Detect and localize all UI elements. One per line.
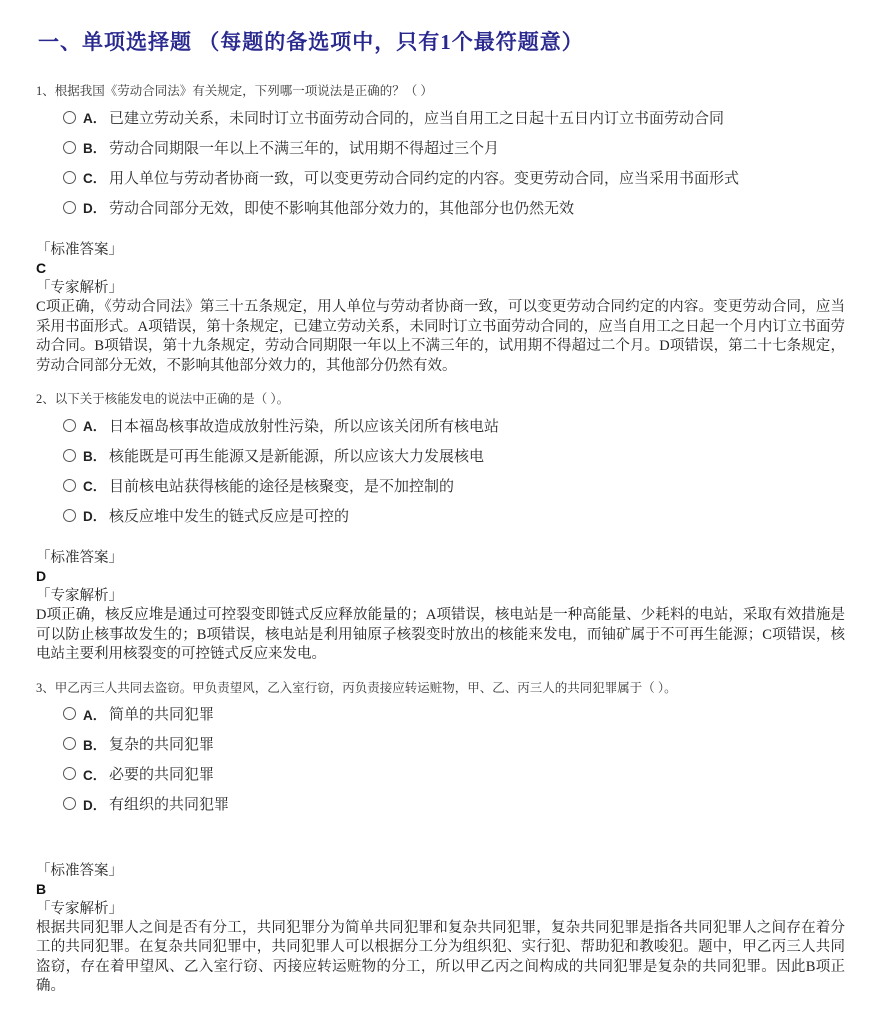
answer-block: 「标准答案」 C 「专家解析」 C项正确，《劳动合同法》第三十五条规定，用人单位… bbox=[36, 241, 845, 376]
option-row-c: C． 目前核电站获得核能的途径是核聚变，是不加控制的 bbox=[63, 477, 845, 493]
question-block-2: 2、以下关于核能发电的说法中正确的是（ ）。 A． 日本福岛核事故造成放射性污染… bbox=[36, 391, 845, 665]
option-row-d: D． 劳动合同部分无效，即使不影响其他部分效力的，其他部分也仍然无效 bbox=[63, 199, 845, 215]
option-row-b: B． 劳动合同期限一年以上不满三年的，试用期不得超过三个月 bbox=[63, 139, 845, 155]
option-letter: D． bbox=[83, 197, 109, 217]
exam-page: 一、单项选择题 （每题的备选项中，只有1个最符题意） 1、根据我国《劳动合同法》… bbox=[0, 0, 879, 1018]
option-text: 劳动合同部分无效，即使不影响其他部分效力的，其他部分也仍然无效 bbox=[109, 197, 574, 218]
option-letter: A． bbox=[83, 704, 109, 724]
question-stem: 3、甲乙丙三人共同去盗窃。甲负责望风，乙入室行窃，丙负责接应转运赃物，甲、乙、丙… bbox=[36, 680, 845, 697]
analysis-label: 「专家解析」 bbox=[36, 587, 845, 605]
analysis-label: 「专家解析」 bbox=[36, 900, 845, 918]
radio-button[interactable] bbox=[63, 797, 76, 810]
question-block-3: 3、甲乙丙三人共同去盗窃。甲负责望风，乙入室行窃，丙负责接应转运赃物，甲、乙、丙… bbox=[36, 680, 845, 997]
option-text: 目前核电站获得核能的途径是核聚变，是不加控制的 bbox=[109, 475, 454, 496]
option-row-a: A． 已建立劳动关系，未同时订立书面劳动合同的，应当自用工之日起十五日内订立书面… bbox=[63, 109, 845, 125]
option-letter: B． bbox=[83, 137, 109, 157]
option-letter: A． bbox=[83, 107, 109, 127]
radio-button[interactable] bbox=[63, 141, 76, 154]
analysis-label: 「专家解析」 bbox=[36, 279, 845, 297]
option-row-d: D． 核反应堆中发生的链式反应是可控的 bbox=[63, 507, 845, 523]
option-letter: C． bbox=[83, 475, 109, 495]
analysis-text: 根据共同犯罪人之间是否有分工，共同犯罪分为简单共同犯罪和复杂共同犯罪，复杂共同犯… bbox=[36, 919, 845, 997]
radio-button[interactable] bbox=[63, 419, 76, 432]
radio-button[interactable] bbox=[63, 707, 76, 720]
option-text: 简单的共同犯罪 bbox=[109, 703, 214, 724]
option-text: 劳动合同期限一年以上不满三年的，试用期不得超过三个月 bbox=[109, 137, 499, 158]
options-list: A． 简单的共同犯罪 B． 复杂的共同犯罪 C． 必要的共同犯罪 D． 有组织的… bbox=[63, 706, 845, 812]
answer-value: C bbox=[36, 260, 845, 277]
radio-button[interactable] bbox=[63, 767, 76, 780]
answer-label: 「标准答案」 bbox=[36, 241, 845, 259]
radio-button[interactable] bbox=[63, 201, 76, 214]
option-row-a: A． 日本福岛核事故造成放射性污染，所以应该关闭所有核电站 bbox=[63, 417, 845, 433]
option-text: 有组织的共同犯罪 bbox=[109, 793, 229, 814]
radio-button[interactable] bbox=[63, 737, 76, 750]
option-text: 必要的共同犯罪 bbox=[109, 763, 214, 784]
option-text: 用人单位与劳动者协商一致，可以变更劳动合同约定的内容。变更劳动合同，应当采用书面… bbox=[109, 167, 739, 188]
analysis-text: D项正确，核反应堆是通过可控裂变即链式反应释放能量的；A项错误，核电站是一种高能… bbox=[36, 606, 845, 665]
question-stem: 2、以下关于核能发电的说法中正确的是（ ）。 bbox=[36, 391, 845, 408]
option-letter: A． bbox=[83, 415, 109, 435]
section-title: 一、单项选择题 （每题的备选项中，只有1个最符题意） bbox=[38, 26, 845, 56]
option-letter: C． bbox=[83, 167, 109, 187]
option-row-b: B． 复杂的共同犯罪 bbox=[63, 736, 845, 752]
options-list: A． 日本福岛核事故造成放射性污染，所以应该关闭所有核电站 B． 核能既是可再生… bbox=[63, 417, 845, 523]
answer-value: D bbox=[36, 568, 845, 585]
option-text: 核反应堆中发生的链式反应是可控的 bbox=[109, 505, 349, 526]
option-text: 复杂的共同犯罪 bbox=[109, 733, 214, 754]
option-letter: D． bbox=[83, 505, 109, 525]
radio-button[interactable] bbox=[63, 111, 76, 124]
option-row-c: C． 用人单位与劳动者协商一致，可以变更劳动合同约定的内容。变更劳动合同，应当采… bbox=[63, 169, 845, 185]
option-letter: B． bbox=[83, 734, 109, 754]
analysis-text: C项正确，《劳动合同法》第三十五条规定，用人单位与劳动者协商一致，可以变更劳动合… bbox=[36, 298, 845, 376]
option-letter: D． bbox=[83, 794, 109, 814]
radio-button[interactable] bbox=[63, 449, 76, 462]
options-list: A． 已建立劳动关系，未同时订立书面劳动合同的，应当自用工之日起十五日内订立书面… bbox=[63, 109, 845, 215]
option-letter: B． bbox=[83, 445, 109, 465]
answer-value: B bbox=[36, 881, 845, 898]
question-stem: 1、根据我国《劳动合同法》有关规定，下列哪一项说法是正确的？（ ） bbox=[36, 83, 845, 100]
option-letter: C． bbox=[83, 764, 109, 784]
option-row-c: C． 必要的共同犯罪 bbox=[63, 766, 845, 782]
option-text: 已建立劳动关系，未同时订立书面劳动合同的，应当自用工之日起十五日内订立书面劳动合… bbox=[109, 107, 724, 128]
option-row-d: D． 有组织的共同犯罪 bbox=[63, 796, 845, 812]
answer-label: 「标准答案」 bbox=[36, 862, 845, 880]
radio-button[interactable] bbox=[63, 479, 76, 492]
option-text: 日本福岛核事故造成放射性污染，所以应该关闭所有核电站 bbox=[109, 415, 499, 436]
radio-button[interactable] bbox=[63, 509, 76, 522]
option-row-b: B． 核能既是可再生能源又是新能源，所以应该大力发展核电 bbox=[63, 447, 845, 463]
answer-block: 「标准答案」 D 「专家解析」 D项正确，核反应堆是通过可控裂变即链式反应释放能… bbox=[36, 549, 845, 665]
radio-button[interactable] bbox=[63, 171, 76, 184]
option-text: 核能既是可再生能源又是新能源，所以应该大力发展核电 bbox=[109, 445, 484, 466]
answer-label: 「标准答案」 bbox=[36, 549, 845, 567]
question-block-1: 1、根据我国《劳动合同法》有关规定，下列哪一项说法是正确的？（ ） A． 已建立… bbox=[36, 83, 845, 376]
answer-block: 「标准答案」 B 「专家解析」 根据共同犯罪人之间是否有分工，共同犯罪分为简单共… bbox=[36, 862, 845, 997]
option-row-a: A． 简单的共同犯罪 bbox=[63, 706, 845, 722]
